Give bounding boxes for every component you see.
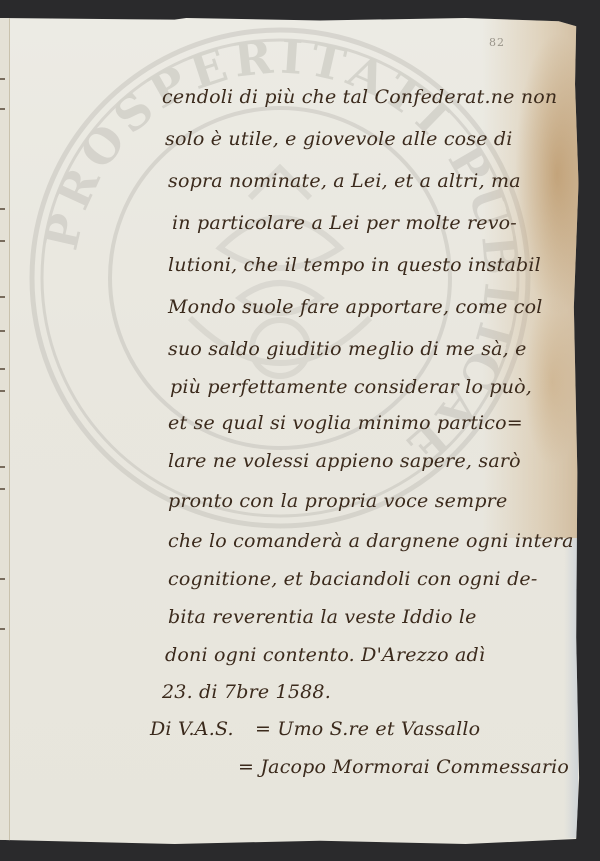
body-line: et se qual si voglia minimo partico= xyxy=(168,412,523,434)
ink-mark xyxy=(0,240,5,242)
body-line: bita reverentia la veste Iddio le xyxy=(168,606,477,628)
ink-mark xyxy=(0,368,5,370)
body-line: solo è utile, e giovevole alle cose di xyxy=(165,128,513,150)
ink-mark xyxy=(0,488,5,490)
ink-mark xyxy=(0,578,5,580)
body-line: doni ogni contento. D'Arezzo adì xyxy=(165,644,485,666)
folio-number: 82 xyxy=(489,36,505,49)
body-line: suo saldo giuditio meglio di me sà, e xyxy=(168,338,527,360)
body-line: lare ne volessi appieno sapere, sarò xyxy=(168,450,521,472)
body-line: lutioni, che il tempo in questo instabil xyxy=(168,254,541,276)
date-line: 23. di 7bre 1588. xyxy=(162,681,331,703)
body-line: più perfettamente considerar lo può, xyxy=(170,376,532,398)
page-edge-shadow xyxy=(564,538,578,838)
ink-mark xyxy=(0,108,5,110)
body-line: pronto con la propria voce sempre xyxy=(168,490,507,512)
adjacent-page-edge xyxy=(0,18,10,844)
manuscript-page: PROSPERITATI PUBLICAE 82 cendoli di più … xyxy=(0,18,582,844)
signature: = Jacopo Mormorai Commessario xyxy=(238,756,569,778)
body-line: che lo comanderà a dargnene ogni intera xyxy=(168,530,574,552)
ink-mark xyxy=(0,628,5,630)
closing-address: Di V.A.S. xyxy=(150,718,234,740)
ink-mark xyxy=(0,78,5,80)
ink-mark xyxy=(0,208,5,210)
body-line: Mondo suole fare apportare, come col xyxy=(168,296,543,318)
ink-mark xyxy=(0,466,5,468)
body-line: sopra nominate, a Lei, et a altri, ma xyxy=(168,170,521,192)
ink-mark xyxy=(0,330,5,332)
ink-mark xyxy=(0,390,5,392)
manuscript-scan: PROSPERITATI PUBLICAE 82 cendoli di più … xyxy=(0,0,600,861)
body-line: cognitione, et baciandoli con ogni de- xyxy=(168,568,538,590)
body-line: in particolare a Lei per molte revo- xyxy=(172,212,517,234)
ink-mark xyxy=(0,296,5,298)
body-line: cendoli di più che tal Confederat.ne non xyxy=(162,86,557,108)
closing-servant: = Umo S.re et Vassallo xyxy=(255,718,480,740)
